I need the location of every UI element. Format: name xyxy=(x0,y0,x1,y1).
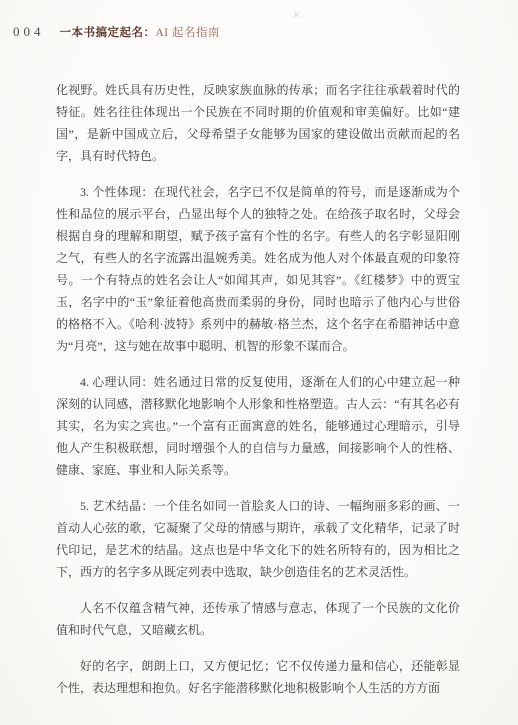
body-paragraph: 人名不仅蕴含精气神，还传承了情感与意志，体现了一个民族的文化价值和时代气息，又暗… xyxy=(56,597,460,641)
body-text-column: 化视野。姓氏具有历史性，反映家族血脉的传承；而名字往往承载着时代的特征。姓名往往… xyxy=(56,79,460,713)
running-header: 004 一本书搞定起名： AI 起名指南 xyxy=(13,24,460,40)
body-paragraph: 化视野。姓氏具有历史性，反映家族血脉的传承；而名字往往承载着时代的特征。姓名往往… xyxy=(56,79,460,167)
body-paragraph: 5. 艺术结晶：一个佳名如同一首脍炙人口的诗、一幅绚丽多彩的画、一首动人心弦的歌… xyxy=(56,495,460,583)
book-page: 004 一本书搞定起名： AI 起名指南 化视野。姓氏具有历史性，反映家族血脉的… xyxy=(0,0,518,725)
page-number: 004 xyxy=(13,24,45,40)
book-subtitle: AI 起名指南 xyxy=(156,24,221,40)
body-paragraph: 3. 个性体现：在现代社会，名字已不仅是简单的符号，而是逐渐成为个性和品位的展示… xyxy=(56,181,460,357)
scan-artifact-mark xyxy=(293,11,300,18)
body-paragraph: 4. 心理认同：姓名通过日常的反复使用，逐渐在人们的心中建立起一种深刻的认同感，… xyxy=(56,371,460,481)
book-title: 一本书搞定起名： xyxy=(60,24,156,40)
body-paragraph: 好的名字，朗朗上口，又方便记忆；它不仅传递力量和信心，还能彰显个性，表达理想和抱… xyxy=(56,655,460,699)
